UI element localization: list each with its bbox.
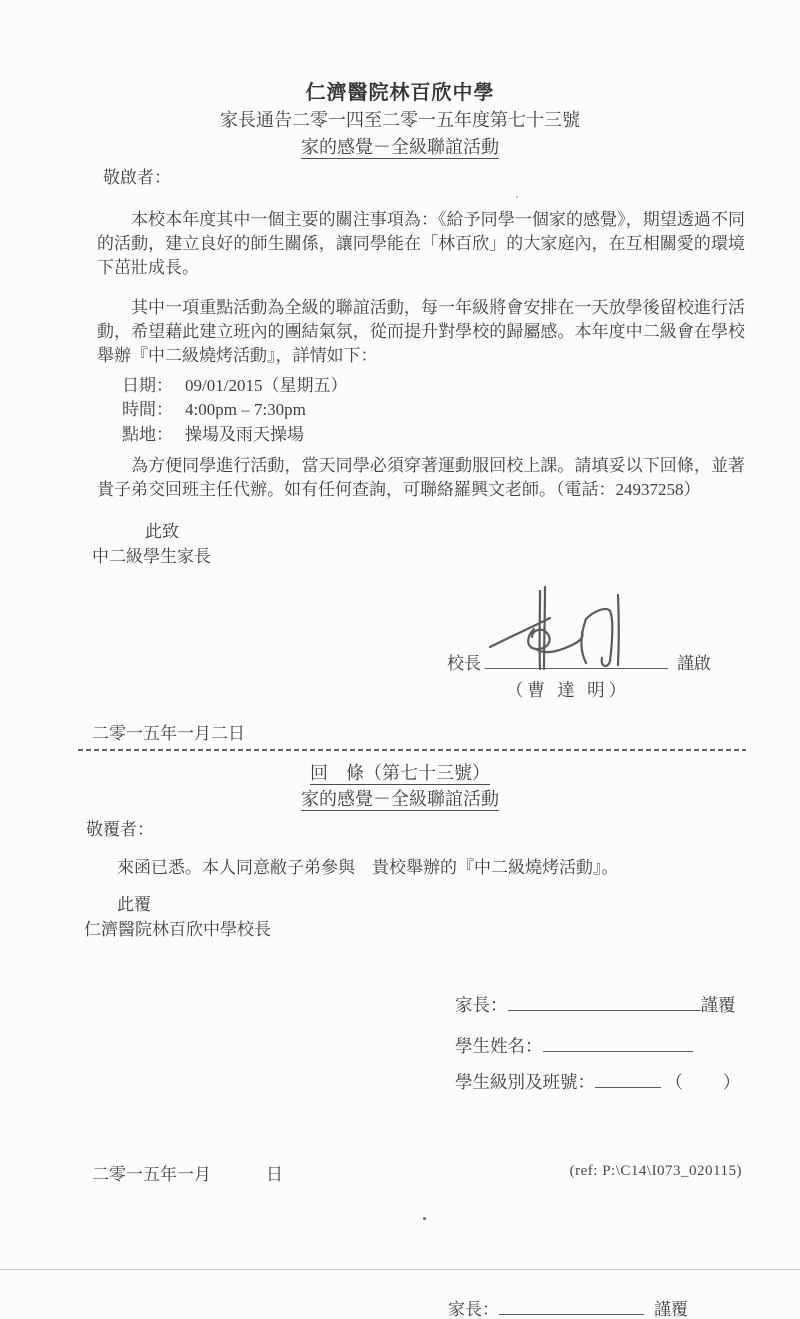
salutation: 敬啟者： [103, 165, 171, 191]
time-label: 時間： [122, 398, 185, 422]
event-details: 日期：09/01/2015（星期五） 時間：4:00pm – 7:30pm 點地… [122, 374, 347, 447]
scan-artifact-dot [423, 1217, 426, 1220]
student-name-label: 學生姓名： [455, 1036, 543, 1056]
principal-label: 校長 [447, 649, 481, 674]
detail-row-venue: 點地：操場及雨天操場 [122, 423, 347, 447]
reply-date-prefix: 二零一五年一月 [92, 1165, 211, 1184]
venue-value: 操場及雨天操場 [185, 425, 304, 444]
notice-number-line: 家長通告二零一四至二零一五年度第七十三號 [0, 107, 800, 134]
time-value: 4:00pm – 7:30pm [185, 400, 306, 419]
parent-label: 家長： [455, 995, 508, 1015]
reply-date-line: 二零一五年一月日 [92, 1162, 283, 1188]
principal-signature-handwriting [482, 585, 652, 673]
next-page-parent-signature-row: 家長：謹覆 [448, 1295, 688, 1319]
venue-label: 點地： [122, 423, 185, 447]
reply-closing: 此覆 [117, 893, 151, 917]
school-name: 仁濟醫院林百欣中學 [0, 80, 800, 107]
student-class-label: 學生級別及班號： [455, 1072, 595, 1092]
parent-signature-row: 家長：謹覆 [455, 992, 736, 1018]
letter-header: 仁濟醫院林百欣中學 家長通告二零一四至二零一五年度第七十三號 家的感覺－全級聯誼… [0, 80, 800, 161]
student-name-row: 學生姓名： [455, 1033, 693, 1059]
reply-slip-subject: 家的感覺－全級聯誼活動 [301, 789, 499, 811]
principal-name: （曹 達 明） [480, 677, 656, 702]
parent-suffix: 謹覆 [701, 995, 736, 1015]
paragraph-3: 為方便同學進行活動，當天同學必須穿著運動服回校上課。請填妥以下回條，並著 貴子弟… [97, 454, 745, 502]
paragraph-2: 其中一項重點活動為全級的聯誼活動，每一年級將會安排在一天放學後留校進行活動，希望… [97, 296, 745, 368]
letter-addressee: 中二級學生家長 [92, 545, 211, 569]
letter-date: 二零一五年一月二日 [92, 722, 245, 746]
tear-off-dashed-divider [78, 749, 746, 751]
notice-subject: 家的感覺－全級聯誼活動 [301, 137, 499, 159]
reply-body: 來函已悉。本人同意敝子弟參與 貴校舉辦的『中二級燒烤活動』。 [86, 856, 726, 880]
date-label: 日期： [122, 374, 185, 398]
parent-signature-blank [508, 993, 701, 1011]
next-page-parent-blank [499, 1297, 644, 1315]
detail-row-date: 日期：09/01/2015（星期五） [122, 374, 347, 398]
reply-addressee: 仁濟醫院林百欣中學校長 [84, 918, 271, 942]
file-reference: (ref: P:\C14\I073_020115) [570, 1163, 742, 1180]
letter-closing: 此致 [145, 520, 179, 544]
class-number-bracket-open: （ [665, 1072, 683, 1092]
next-page-parent-suffix: 謹覆 [654, 1300, 688, 1319]
student-class-row: 學生級別及班號： （） [455, 1069, 740, 1095]
detail-row-time: 時間：4:00pm – 7:30pm [122, 398, 347, 422]
scan-page-boundary [0, 1269, 800, 1270]
principal-signature-line [485, 668, 668, 669]
student-name-blank [543, 1034, 693, 1052]
student-class-blank [595, 1070, 661, 1088]
respectfully-yours: 謹啟 [677, 649, 711, 674]
class-number-bracket-close: ） [723, 1072, 741, 1092]
paragraph-1: 本校本年度其中一個主要的關注事項為：《給予同學一個家的感覺》，期望透過不同的活動… [97, 208, 745, 280]
scanned-notice-page: 仁濟醫院林百欣中學 家長通告二零一四至二零一五年度第七十三號 家的感覺－全級聯誼… [0, 0, 800, 1319]
scan-artifact-dot [516, 196, 518, 198]
reply-slip-title: 回 條（第七十三號） [310, 763, 490, 785]
reply-salutation: 敬覆者： [86, 817, 154, 843]
reply-date-day: 日 [266, 1165, 283, 1184]
reply-slip-header: 回 條（第七十三號） 家的感覺－全級聯誼活動 [0, 760, 800, 812]
date-value: 09/01/2015（星期五） [185, 376, 347, 395]
next-page-parent-label: 家長： [448, 1300, 499, 1319]
